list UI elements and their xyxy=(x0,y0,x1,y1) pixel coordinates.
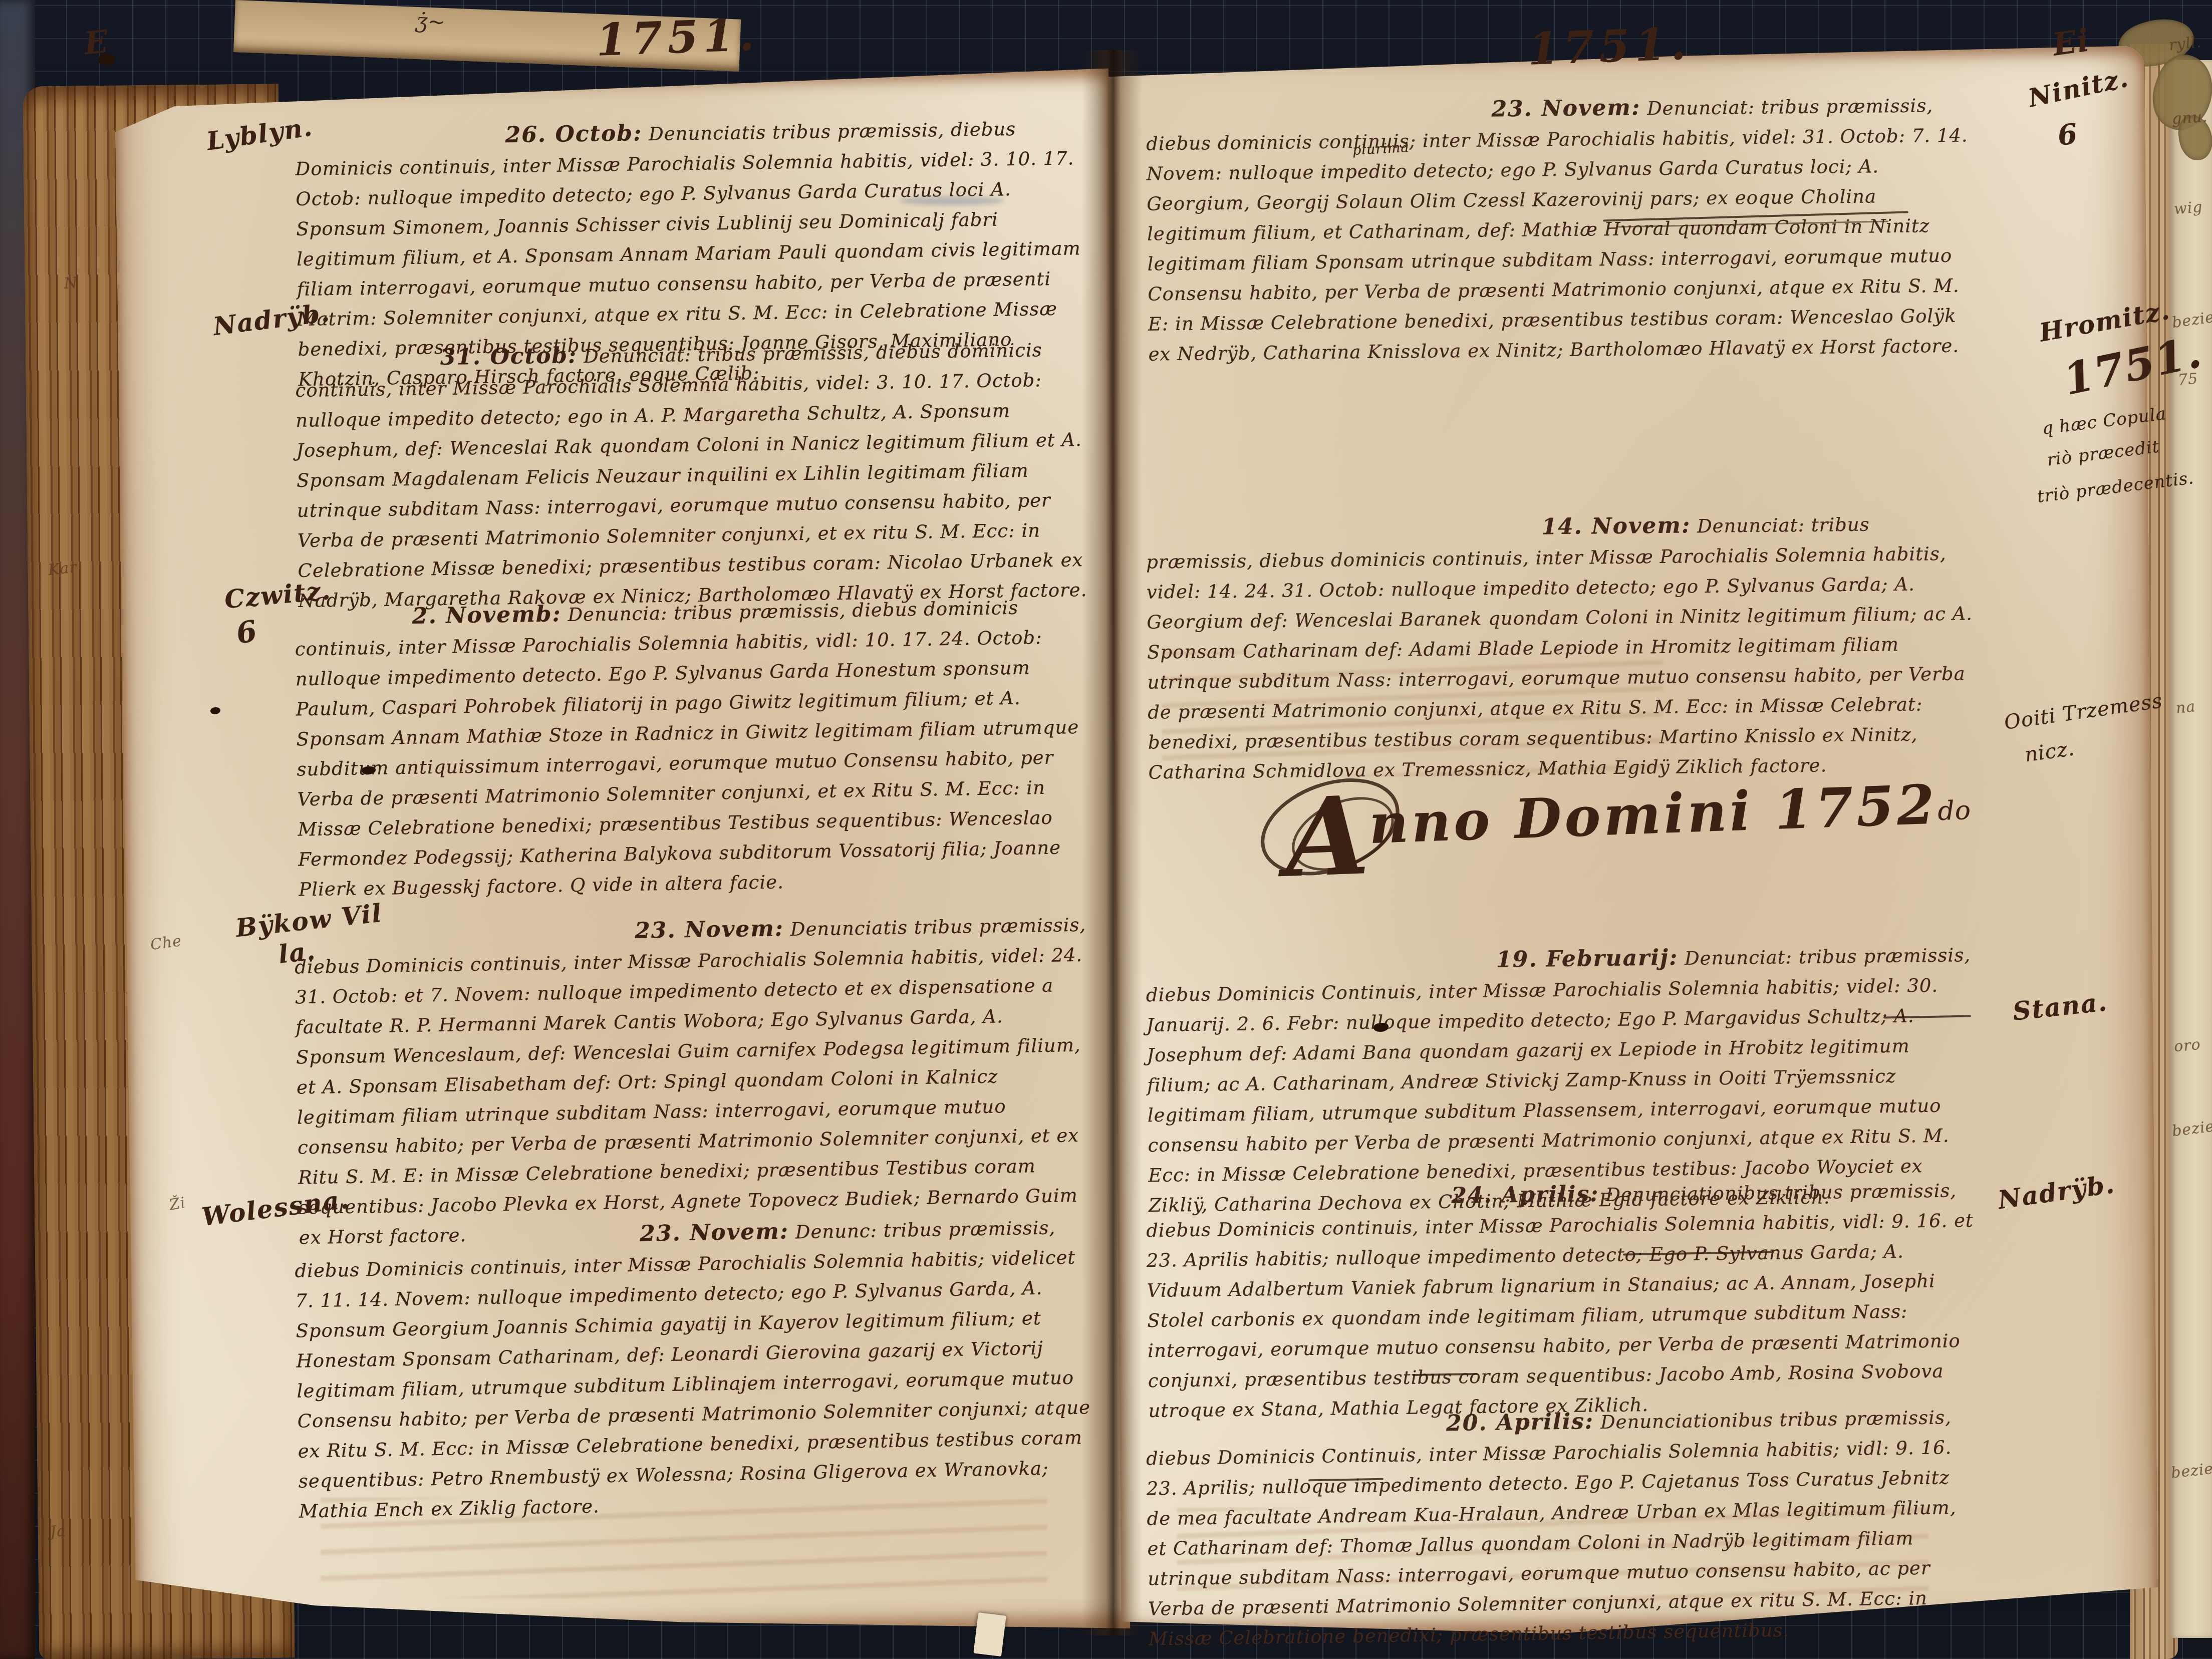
right-corner-mark: Ei xyxy=(2050,22,2091,63)
entry-text: Denunciatis tribus præmissis, diebus Dom… xyxy=(295,914,1086,1249)
entry-text: Denunc: tribus præmissis, diebus Dominic… xyxy=(295,1217,1090,1522)
register-entry: 31. Octob: Denunciat: tribus præmissis, … xyxy=(295,334,1092,616)
entry-text: Denunciat: tribus præmissis, diebus domi… xyxy=(295,339,1087,612)
entry-text: Denunciationibus tribus præmissis, diebu… xyxy=(1146,1180,1974,1422)
page-number: 6 xyxy=(2056,117,2080,152)
entry-text: Denunciat: tribus præmissis, diebus domi… xyxy=(1146,95,1968,365)
fore-edge-fragment: gnu. xyxy=(2171,108,2208,128)
sliver-ink-mark: ʒ̇~ xyxy=(415,8,446,35)
ink-smudge xyxy=(899,196,1004,205)
fore-edge-letter: Ži xyxy=(168,1194,187,1214)
entry-date: 19. Februarij: xyxy=(1496,945,1679,972)
fore-edge-letter: N xyxy=(64,274,79,293)
entry-text: Denuncia: tribus præmissis, diebus domin… xyxy=(295,597,1079,901)
register-entry: 2. Novemb: Denuncia: tribus præmissis, d… xyxy=(294,591,1092,905)
entry-date: 26. Octob: xyxy=(505,120,642,148)
register-entry: 14. Novem: Denunciat: tribus præmissis, … xyxy=(1146,507,1980,787)
anno-superscript: do xyxy=(1937,795,1972,826)
fore-edge-fragment: oro xyxy=(2173,1036,2201,1056)
register-entry: 23. Novem: Denunciat: tribus præmissis, … xyxy=(1146,89,1980,369)
entry-date: 14. Novem: xyxy=(1541,512,1691,539)
entry-date: 23. Novem: xyxy=(635,916,784,944)
entry-text: Denunciat: tribus præmissis, diebus domi… xyxy=(1146,514,1973,783)
fore-edge-fragment: wig xyxy=(2173,198,2203,218)
photo-stage: ʒ̇~ 1751. E Lyblyn. Nadrÿb. Czwitz. 6 Bÿ… xyxy=(0,0,2212,1659)
fore-edge-letter: Ja xyxy=(50,1522,67,1541)
left-page-year-header: 1751. xyxy=(595,8,760,66)
entry-date: 20. Aprilis: xyxy=(1446,1409,1594,1436)
entry-date: 23. Novem: xyxy=(1491,95,1640,122)
entry-date: 24. Aprilis: xyxy=(1451,1181,1599,1209)
register-entry: 23. Novem: Denunciatis tribus præmissis,… xyxy=(294,909,1093,1253)
entry-date: 31. Octob: xyxy=(440,343,577,370)
fore-edge-fragment: 75 xyxy=(2177,370,2199,389)
fore-edge-letter: Kar xyxy=(47,559,78,579)
entry-date: 2. Novemb: xyxy=(412,601,562,629)
register-entry: 23. Novem: Denunc: tribus præmissis, die… xyxy=(294,1211,1093,1527)
register-entry: 24. Aprilis: Denunciationibus tribus præ… xyxy=(1146,1175,1980,1426)
page-marker-tab xyxy=(973,1612,1006,1656)
fore-edge-fragment: na xyxy=(2175,698,2196,717)
fore-edge-fragment: ryll. xyxy=(2168,34,2202,55)
next-page-fore-edge xyxy=(2170,60,2212,1638)
register-entry: 20. Aprilis: Denunciationibus tribus præ… xyxy=(1146,1401,1981,1654)
initial-flourish xyxy=(1253,763,1438,900)
entry-date: 23. Novem: xyxy=(640,1219,789,1247)
right-page-year-header: 1751. xyxy=(1527,17,1692,75)
entry-text: Denunciat: tribus præmissis, diebus Domi… xyxy=(1146,944,1971,1216)
entry-text: Denunciationibus tribus præmissis, diebu… xyxy=(1146,1407,1957,1649)
